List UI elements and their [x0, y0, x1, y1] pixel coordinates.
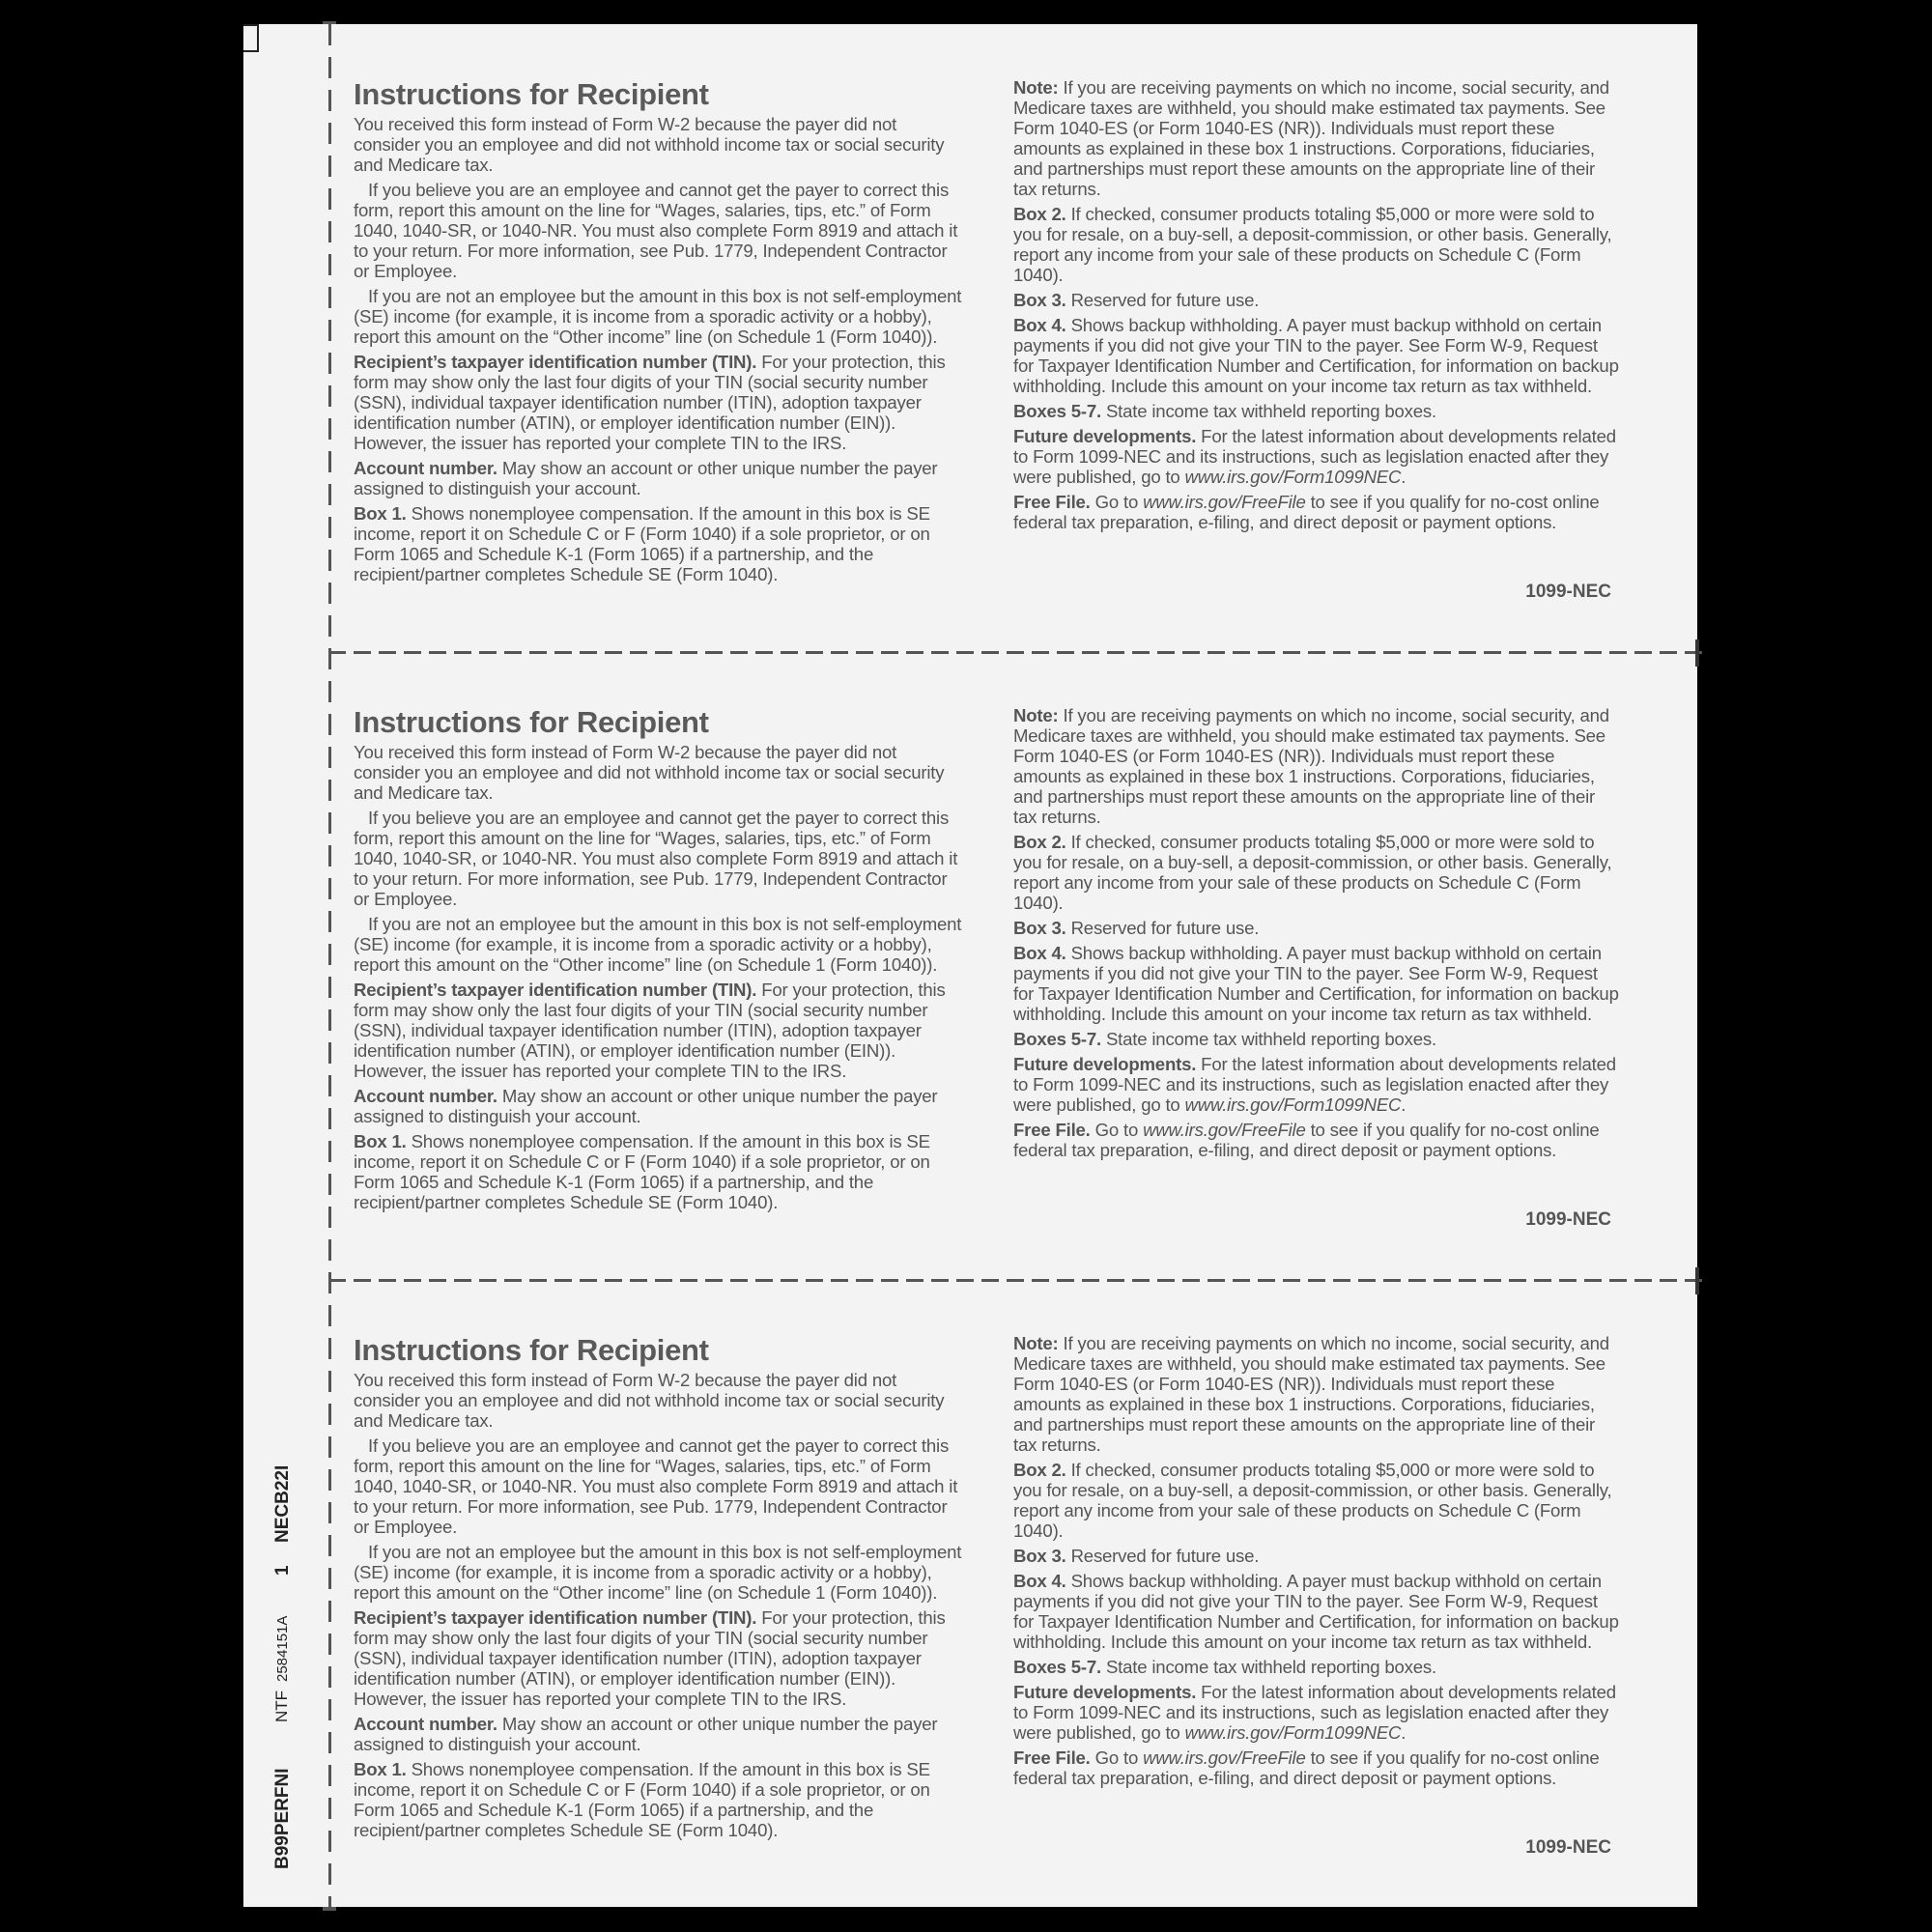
box3-text: Reserved for future use.	[1071, 290, 1260, 310]
box2-section: Box 2. If checked, consumer products tot…	[1013, 1460, 1622, 1541]
account-label: Account number.	[354, 458, 497, 478]
box1-section: Box 1. Shows nonemployee compensation. I…	[354, 1131, 962, 1212]
boxes57-label: Boxes 5-7.	[1013, 1657, 1101, 1677]
form-page: Instructions for Recipient You received …	[243, 24, 1697, 1907]
box3-label: Box 3.	[1013, 918, 1066, 938]
freefile-label: Free File.	[1013, 492, 1091, 512]
non-employee-paragraph: If you are not an employee but the amoun…	[354, 914, 962, 975]
freefile-label: Free File.	[1013, 1747, 1091, 1768]
stock-code: B99PERFNI	[272, 1768, 294, 1869]
box4-text: Shows backup withholding. A payer must b…	[1013, 1571, 1619, 1652]
tin-section: Recipient’s taxpayer identification numb…	[354, 980, 962, 1081]
box2-text: If checked, consumer products totaling $…	[1013, 1460, 1611, 1541]
box1-label: Box 1.	[354, 1131, 407, 1151]
account-label: Account number.	[354, 1714, 497, 1734]
boxes57-text: State income tax withheld reporting boxe…	[1106, 1657, 1436, 1677]
boxes57-label: Boxes 5-7.	[1013, 1029, 1101, 1049]
instruction-panel: Instructions for Recipient You received …	[243, 24, 1697, 652]
freefile-link[interactable]: www.irs.gov/FreeFile	[1143, 1747, 1306, 1768]
box4-label: Box 4.	[1013, 1571, 1066, 1591]
box3-section: Box 3. Reserved for future use.	[1013, 918, 1622, 938]
box3-section: Box 3. Reserved for future use.	[1013, 290, 1622, 310]
box4-section: Box 4. Shows backup withholding. A payer…	[1013, 943, 1622, 1024]
form1099nec-link[interactable]: www.irs.gov/Form1099NEC	[1185, 1722, 1402, 1743]
tin-label: Recipient’s taxpayer identification numb…	[354, 352, 756, 372]
box1-label: Box 1.	[354, 1759, 407, 1779]
box4-label: Box 4.	[1013, 943, 1066, 963]
form1099nec-link[interactable]: www.irs.gov/Form1099NEC	[1185, 467, 1402, 487]
freefile-link[interactable]: www.irs.gov/FreeFile	[1143, 492, 1306, 512]
free-file-section: Free File. Go to www.irs.gov/FreeFile to…	[1013, 1120, 1622, 1160]
panel-title: Instructions for Recipient	[354, 1333, 962, 1368]
box3-text: Reserved for future use.	[1071, 1546, 1260, 1566]
boxes57-section: Boxes 5-7. State income tax withheld rep…	[1013, 401, 1622, 421]
product-code: NECB22I	[272, 1465, 294, 1543]
boxes57-text: State income tax withheld reporting boxe…	[1106, 401, 1436, 421]
form-id-label: 1099-NEC	[1525, 1837, 1611, 1859]
future-developments-section: Future developments. For the latest info…	[1013, 1054, 1622, 1115]
boxes57-text: State income tax withheld reporting boxe…	[1106, 1029, 1436, 1049]
box2-label: Box 2.	[1013, 832, 1066, 852]
freefile-label: Free File.	[1013, 1120, 1091, 1140]
note-section: Note: If you are receiving payments on w…	[1013, 1333, 1622, 1455]
note-label: Note:	[1013, 1333, 1059, 1353]
freefile-link[interactable]: www.irs.gov/FreeFile	[1143, 1120, 1306, 1140]
tin-section: Recipient’s taxpayer identification numb…	[354, 1607, 962, 1709]
freefile-pre: Go to	[1095, 1120, 1138, 1140]
registration-mark	[243, 24, 259, 52]
free-file-section: Free File. Go to www.irs.gov/FreeFile to…	[1013, 492, 1622, 532]
non-employee-paragraph: If you are not an employee but the amoun…	[354, 286, 962, 347]
left-column: Instructions for Recipient You received …	[354, 705, 962, 1217]
note-label: Note:	[1013, 705, 1059, 725]
account-section: Account number. May show an account or o…	[354, 1714, 962, 1754]
instruction-panel: Instructions for Recipient You received …	[243, 1280, 1697, 1908]
intro-paragraph: You received this form instead of Form W…	[354, 114, 962, 175]
freefile-pre: Go to	[1095, 1747, 1138, 1768]
box2-text: If checked, consumer products totaling $…	[1013, 832, 1611, 913]
freefile-pre: Go to	[1095, 492, 1138, 512]
future-developments-section: Future developments. For the latest info…	[1013, 1682, 1622, 1743]
right-column: Note: If you are receiving payments on w…	[1013, 1333, 1622, 1793]
note-text: If you are receiving payments on which n…	[1013, 77, 1609, 199]
box1-text: Shows nonemployee compensation. If the a…	[354, 1131, 930, 1212]
account-section: Account number. May show an account or o…	[354, 1086, 962, 1126]
note-section: Note: If you are receiving payments on w…	[1013, 77, 1622, 199]
panel-title: Instructions for Recipient	[354, 705, 962, 740]
note-text: If you are receiving payments on which n…	[1013, 1333, 1609, 1455]
boxes57-section: Boxes 5-7. State income tax withheld rep…	[1013, 1657, 1622, 1677]
right-column: Note: If you are receiving payments on w…	[1013, 705, 1622, 1165]
employee-paragraph: If you believe you are an employee and c…	[354, 180, 962, 281]
box1-section: Box 1. Shows nonemployee compensation. I…	[354, 503, 962, 584]
box1-text: Shows nonemployee compensation. If the a…	[354, 1759, 930, 1840]
box4-label: Box 4.	[1013, 315, 1066, 335]
box4-section: Box 4. Shows backup withholding. A payer…	[1013, 315, 1622, 396]
box2-text: If checked, consumer products totaling $…	[1013, 204, 1611, 285]
left-column: Instructions for Recipient You received …	[354, 77, 962, 589]
employee-paragraph: If you believe you are an employee and c…	[354, 808, 962, 909]
intro-paragraph: You received this form instead of Form W…	[354, 742, 962, 803]
tin-label: Recipient’s taxpayer identification numb…	[354, 980, 756, 1000]
copy-number: 1	[272, 1565, 294, 1576]
note-text: If you are receiving payments on which n…	[1013, 705, 1609, 827]
future-label: Future developments.	[1013, 1054, 1196, 1074]
future-label: Future developments.	[1013, 426, 1196, 446]
future-end: .	[1401, 1094, 1406, 1115]
note-label: Note:	[1013, 77, 1059, 98]
box3-label: Box 3.	[1013, 1546, 1066, 1566]
ntf-label: NTF	[272, 1690, 292, 1722]
future-developments-section: Future developments. For the latest info…	[1013, 426, 1622, 487]
ntf-number: 2584151A	[274, 1616, 291, 1682]
intro-paragraph: You received this form instead of Form W…	[354, 1370, 962, 1431]
tin-section: Recipient’s taxpayer identification numb…	[354, 352, 962, 453]
box3-section: Box 3. Reserved for future use.	[1013, 1546, 1622, 1566]
panel-title: Instructions for Recipient	[354, 77, 962, 112]
left-column: Instructions for Recipient You received …	[354, 1333, 962, 1845]
box4-section: Box 4. Shows backup withholding. A payer…	[1013, 1571, 1622, 1652]
tin-label: Recipient’s taxpayer identification numb…	[354, 1607, 756, 1628]
instruction-panel: Instructions for Recipient You received …	[243, 652, 1697, 1280]
free-file-section: Free File. Go to www.irs.gov/FreeFile to…	[1013, 1747, 1622, 1788]
box2-section: Box 2. If checked, consumer products tot…	[1013, 832, 1622, 913]
future-label: Future developments.	[1013, 1682, 1196, 1702]
box1-section: Box 1. Shows nonemployee compensation. I…	[354, 1759, 962, 1840]
future-end: .	[1401, 467, 1406, 487]
account-section: Account number. May show an account or o…	[354, 458, 962, 498]
side-print-codes: B99PERFNI NTF 2584151A 1 NECB22I	[272, 1444, 299, 1869]
box1-label: Box 1.	[354, 503, 407, 524]
box4-text: Shows backup withholding. A payer must b…	[1013, 315, 1619, 396]
form-id-label: 1099-NEC	[1525, 582, 1611, 603]
boxes57-label: Boxes 5-7.	[1013, 401, 1101, 421]
box4-text: Shows backup withholding. A payer must b…	[1013, 943, 1619, 1024]
boxes57-section: Boxes 5-7. State income tax withheld rep…	[1013, 1029, 1622, 1049]
account-label: Account number.	[354, 1086, 497, 1106]
box3-label: Box 3.	[1013, 290, 1066, 310]
form-id-label: 1099-NEC	[1525, 1209, 1611, 1231]
box2-label: Box 2.	[1013, 204, 1066, 224]
box2-label: Box 2.	[1013, 1460, 1066, 1480]
non-employee-paragraph: If you are not an employee but the amoun…	[354, 1542, 962, 1603]
box1-text: Shows nonemployee compensation. If the a…	[354, 503, 930, 584]
box2-section: Box 2. If checked, consumer products tot…	[1013, 204, 1622, 285]
note-section: Note: If you are receiving payments on w…	[1013, 705, 1622, 827]
form1099nec-link[interactable]: www.irs.gov/Form1099NEC	[1185, 1094, 1402, 1115]
box3-text: Reserved for future use.	[1071, 918, 1260, 938]
employee-paragraph: If you believe you are an employee and c…	[354, 1435, 962, 1537]
right-column: Note: If you are receiving payments on w…	[1013, 77, 1622, 537]
future-end: .	[1401, 1722, 1406, 1743]
